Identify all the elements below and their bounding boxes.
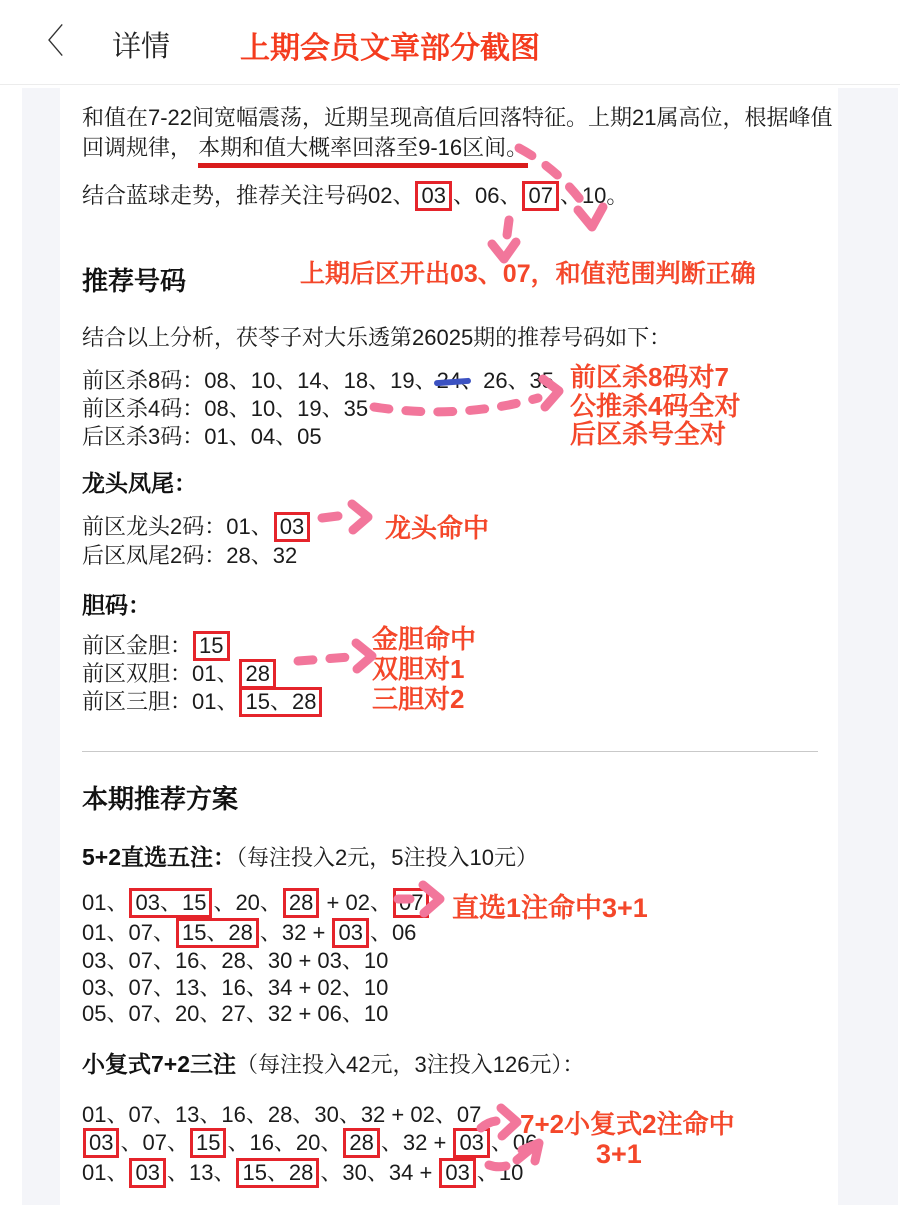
text-segment: 前区双胆：01、 bbox=[82, 661, 238, 686]
text-segment: 、26、35 bbox=[461, 368, 554, 393]
longtou-line: 前区龙头2码：01、03 bbox=[82, 512, 311, 542]
longtou-heading: 龙头凤尾： bbox=[82, 468, 197, 498]
hit-number-box: 03、15 bbox=[129, 888, 212, 918]
text-segment: 01、 bbox=[82, 1160, 128, 1185]
annotation-longtou: 龙头命中 bbox=[385, 508, 489, 545]
hit-number-box: 15 bbox=[190, 1128, 226, 1158]
zhixuan-row: 01、07、15、28、32 + 03、06 bbox=[82, 918, 430, 948]
page-title: 详情 bbox=[112, 24, 170, 65]
annotation-dan-line: 金胆命中 bbox=[372, 624, 476, 654]
annotation-dan-line: 三胆对2 bbox=[372, 684, 476, 714]
kill3-line: 后区杀3码：01、04、05 bbox=[82, 422, 322, 452]
text-segment: 、07、 bbox=[120, 1130, 188, 1155]
text-segment: 本期和值大概率回落至9-16区间。 bbox=[198, 135, 528, 168]
annotation-fushi-line1: 7+2小复式2注命中 bbox=[520, 1104, 735, 1141]
zhixuan-row: 03、07、16、28、30 + 03、10 bbox=[82, 948, 430, 975]
hit-number-box: 03 bbox=[274, 512, 310, 542]
text-segment: 、06 bbox=[370, 920, 416, 945]
fushi-heading: 小复式7+2三注 bbox=[82, 1051, 236, 1077]
para-intro: 结合以上分析，茯苓子对大乐透第26025期的推荐号码如下： bbox=[82, 323, 671, 353]
hit-number-box: 03 bbox=[439, 1158, 475, 1188]
kill4-line: 前区杀4码：08、10、19、35 bbox=[82, 394, 368, 424]
page: 〈 详情 上期会员文章部分截图 和值在7-22间宽幅震荡，近期呈现高值后回落特征… bbox=[0, 0, 900, 1205]
danma-heading: 胆码： bbox=[82, 590, 151, 620]
text-segment: + 02、 bbox=[320, 890, 392, 915]
zhixuan-row: 03、07、13、16、34 + 02、10 bbox=[82, 975, 430, 1002]
shuangdan-line: 前区双胆：01、28 bbox=[82, 659, 277, 689]
hit-number-box: 07 bbox=[522, 181, 558, 211]
section-divider bbox=[82, 751, 818, 752]
hit-number-box: 28 bbox=[283, 888, 319, 918]
para-sum-line1: 和值在7-22间宽幅震荡，近期呈现高值后回落特征。上期21属高位，根据峰值 bbox=[82, 103, 833, 133]
hit-number-box: 15 bbox=[193, 631, 229, 661]
annotation-zhixuan: 直选1注命中3+1 bbox=[452, 886, 648, 925]
hit-number-box: 28 bbox=[343, 1128, 379, 1158]
text-segment: 、30、34 + bbox=[320, 1160, 438, 1185]
header-banner: 上期会员文章部分截图 bbox=[240, 23, 540, 67]
app-header: 〈 详情 上期会员文章部分截图 bbox=[0, 0, 900, 85]
annotation-kill-line: 前区杀8码对7 bbox=[570, 363, 740, 392]
text-segment: 前区三胆：01、 bbox=[82, 689, 238, 714]
fengwei-line: 后区凤尾2码：28、32 bbox=[82, 541, 297, 571]
text-segment: 、32 + bbox=[260, 920, 332, 945]
fushi-row: 01、07、13、16、28、30、32 + 02、07 bbox=[82, 1101, 537, 1128]
text-segment: 、16、20、 bbox=[227, 1130, 342, 1155]
text-segment: 回调规律， bbox=[82, 135, 198, 160]
jindan-line: 前区金胆：15 bbox=[82, 631, 231, 661]
text-segment: 、10。 bbox=[560, 183, 628, 208]
annotation-kill: 前区杀8码对7 公推杀4码全对 后区杀号全对 bbox=[570, 363, 740, 449]
fushi-row: 01、03、13、15、28、30、34 + 03、10 bbox=[82, 1158, 537, 1188]
hit-number-box: 03 bbox=[453, 1128, 489, 1158]
text-segment: 前区龙头2码：01、 bbox=[82, 514, 273, 539]
hit-number-box: 03 bbox=[129, 1158, 165, 1188]
hit-number-box: 15、28 bbox=[236, 1158, 319, 1188]
zhixuan-note: （每注投入2元，5注投入10元） bbox=[236, 845, 538, 870]
annotation-dan-line: 双胆对1 bbox=[372, 654, 476, 684]
text-segment: 01、 bbox=[82, 890, 128, 915]
annotation-sum-range: 上期后区开出03、07，和值范围判断正确 bbox=[300, 254, 756, 290]
section-heading-recommend: 推荐号码 bbox=[82, 266, 186, 296]
text-segment: 03、07、16、28、30 + 03、10 bbox=[82, 948, 388, 973]
hit-number-box: 28 bbox=[239, 659, 275, 689]
text-segment: 、10 bbox=[477, 1160, 523, 1185]
section-heading-plan: 本期推荐方案 bbox=[82, 784, 238, 814]
hit-number-box: 07 bbox=[393, 888, 429, 918]
para-blue-recommend: 结合蓝球走势，推荐关注号码02、03、06、07、10。 bbox=[82, 181, 628, 211]
text-segment: 、32 + bbox=[381, 1130, 453, 1155]
zhixuan-row: 05、07、20、27、32 + 06、10 bbox=[82, 1001, 430, 1028]
fushi-rows: 01、07、13、16、28、30、32 + 02、07 03、07、15、16… bbox=[82, 1101, 537, 1188]
zhixuan-row: 01、03、15、20、28 + 02、07 bbox=[82, 888, 430, 918]
text-segment: 前区金胆： bbox=[82, 633, 192, 658]
sandan-line: 前区三胆：01、15、28 bbox=[82, 687, 323, 717]
back-icon[interactable]: 〈 bbox=[30, 20, 64, 64]
hit-number-box: 03 bbox=[83, 1128, 119, 1158]
zhixuan-heading: 5+2直选五注： bbox=[82, 844, 236, 870]
annotation-kill-line: 公推杀4码全对 bbox=[570, 392, 740, 421]
para-sum-line2: 回调规律， 本期和值大概率回落至9-16区间。 bbox=[82, 133, 528, 163]
text-segment: 、20、 bbox=[213, 890, 281, 915]
kill8-line: 前区杀8码：08、10、14、18、19、24、26、35 bbox=[82, 366, 554, 396]
fushi-note: （每注投入42元，3注投入126元）： bbox=[236, 1052, 584, 1077]
text-segment: 01、07、 bbox=[82, 920, 175, 945]
annotation-fushi-line2: 3+1 bbox=[596, 1139, 642, 1170]
hit-number-box: 15、28 bbox=[239, 687, 322, 717]
hit-number-box: 03 bbox=[415, 181, 451, 211]
hit-number-box: 15、28 bbox=[176, 918, 259, 948]
text-segment: 结合蓝球走势，推荐关注号码02、 bbox=[82, 183, 414, 208]
fushi-row: 03、07、15、16、20、28、32 + 03、06 bbox=[82, 1128, 537, 1158]
zhixuan-heading-line: 5+2直选五注：（每注投入2元，5注投入10元） bbox=[82, 842, 538, 873]
annotation-dan: 金胆命中 双胆对1 三胆对2 bbox=[372, 624, 476, 714]
text-segment: 前区杀8码：08、10、14、18、19、 bbox=[82, 368, 437, 393]
hit-number-box: 03 bbox=[332, 918, 368, 948]
text-segment: 、06、 bbox=[453, 183, 521, 208]
text-segment: 05、07、20、27、32 + 06、10 bbox=[82, 1001, 388, 1026]
text-segment: 03、07、13、16、34 + 02、10 bbox=[82, 975, 388, 1000]
text-segment: 、13、 bbox=[167, 1160, 235, 1185]
text-segment: 24 bbox=[437, 366, 461, 396]
annotation-kill-line: 后区杀号全对 bbox=[570, 420, 740, 449]
text-segment: 01、07、13、16、28、30、32 + 02、07 bbox=[82, 1102, 481, 1127]
zhixuan-rows: 01、03、15、20、28 + 02、07 01、07、15、28、32 + … bbox=[82, 888, 430, 1028]
fushi-heading-line: 小复式7+2三注（每注投入42元，3注投入126元）： bbox=[82, 1049, 584, 1080]
